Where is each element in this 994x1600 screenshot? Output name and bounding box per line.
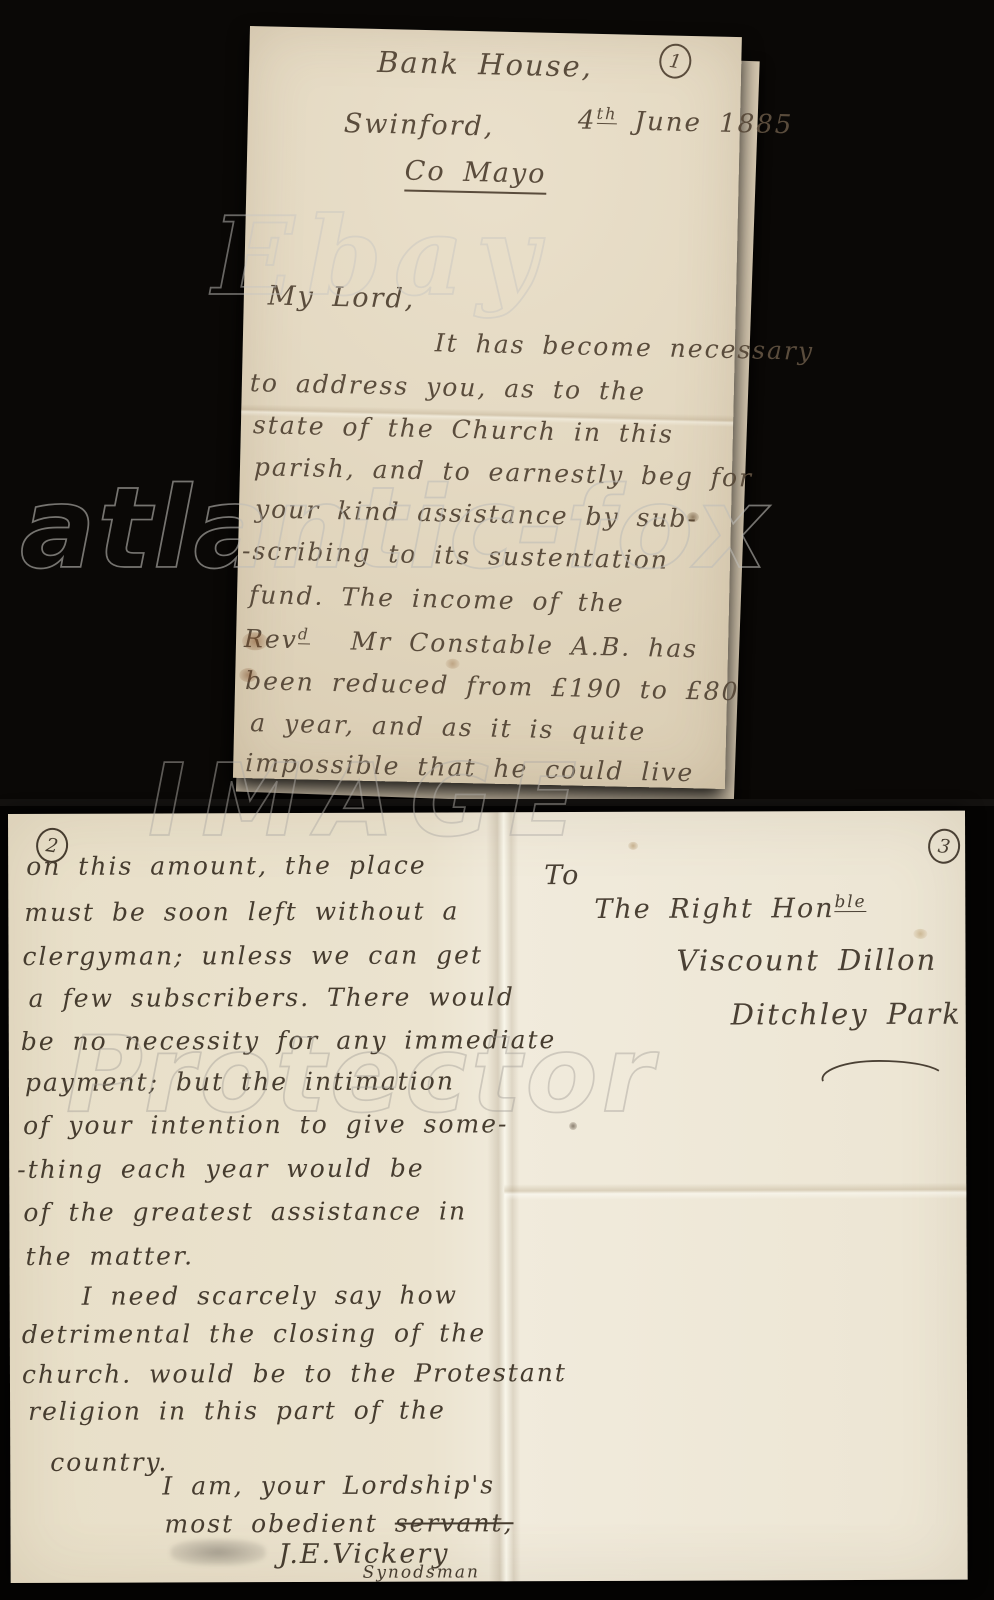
handwriting-line: fund. The income of the	[249, 580, 625, 618]
handwriting-line: religion in this part of the	[28, 1395, 446, 1425]
handwriting-line: -thing each year would be	[17, 1154, 425, 1184]
handwriting-line: detrimental the closing of the	[22, 1318, 486, 1349]
pen-flourish	[817, 1057, 943, 1085]
handwriting-line: country.	[50, 1447, 168, 1476]
paper-speck	[569, 1122, 577, 1130]
letter-pages-2-3: 2 on this amount, the place must be soon…	[8, 811, 968, 1583]
handwriting-line: the matter.	[25, 1241, 194, 1271]
struck-word: servant,	[395, 1508, 514, 1537]
address-county-text: Co Mayo	[404, 156, 547, 195]
handwriting-line: your kind assistance by sub-	[255, 494, 699, 533]
closing-line: I am, your Lordship's	[162, 1470, 495, 1500]
signature-role: Synodsman	[363, 1562, 480, 1582]
listing-photo-collage: 1 Bank House, Swinford, 4th June 1885 Co…	[0, 0, 994, 1600]
paper-stain	[445, 659, 459, 669]
handwriting-line: be no necessity for any immediate	[21, 1025, 557, 1056]
date-line: 4th June 1885	[578, 105, 794, 140]
page-number-badge: 1	[657, 41, 694, 81]
closing-text: most obedient	[164, 1509, 377, 1539]
photo-pages-2-3: 2 on this amount, the place must be soon…	[0, 806, 994, 1600]
recipient-to: To	[544, 860, 580, 891]
recipient-address: Ditchley Park	[731, 997, 962, 1032]
handwriting-line: -scribing to its sustentation	[242, 536, 670, 575]
recipient-name: Viscount Dillon	[676, 943, 937, 978]
line-rest: Mr Constable A.B. has	[350, 626, 698, 663]
fold-crease-horizontal	[504, 1183, 966, 1201]
handwriting-line: It has become necessary	[435, 328, 815, 366]
handwriting-line: church. would be to the Protestant	[22, 1358, 567, 1389]
paper-stain	[913, 929, 927, 939]
handwriting-line: a year, and as it is quite	[250, 708, 647, 746]
handwriting-line: been reduced from £190 to £80	[245, 666, 740, 706]
handwriting-line: clergyman; unless we can get	[22, 940, 483, 971]
handwriting-line: to address you, as to the	[250, 368, 647, 406]
date-rest: June 1885	[634, 107, 793, 141]
address-county: Co Mayo	[404, 156, 546, 190]
recipient-line: The Right Honble	[594, 893, 866, 925]
handwriting-line: Revd Mr Constable A.B. has	[244, 624, 699, 663]
handwriting-line: of the greatest assistance in	[23, 1196, 467, 1227]
honorific-superscript: ble	[835, 891, 867, 912]
rev-abbrev: Rev	[244, 624, 298, 654]
letter-page-1: 1 Bank House, Swinford, 4th June 1885 Co…	[233, 26, 742, 789]
address-place: Swinford,	[343, 108, 494, 142]
recipient-honorific: The Right Hon	[594, 893, 834, 925]
photo-page1: 1 Bank House, Swinford, 4th June 1885 Co…	[0, 0, 994, 800]
paper-stain	[628, 842, 638, 850]
page-number: 1	[668, 49, 683, 73]
page-number: 3	[937, 835, 952, 858]
address-line: Bank House,	[377, 45, 593, 84]
handwriting-line: of your intention to give some-	[23, 1109, 508, 1140]
salutation: My Lord,	[268, 280, 416, 314]
handwriting-line: parish, and to earnestly beg for	[254, 452, 754, 492]
handwriting-line: must be soon left without a	[24, 896, 459, 927]
date-suffix: th	[596, 104, 617, 124]
handwriting-line: on this amount, the place	[26, 851, 427, 881]
handwriting-line: a few subscribers. There would	[29, 982, 515, 1013]
closing-line: most obedient servant,	[164, 1508, 513, 1538]
ink-smudge	[171, 1539, 266, 1565]
page-number-badge: 3	[926, 827, 962, 866]
handwriting-line: payment; but the intimation	[25, 1066, 455, 1097]
rev-superscript: d	[298, 625, 310, 644]
handwriting-line: I need scarcely say how	[82, 1280, 458, 1310]
date-day: 4	[578, 105, 597, 135]
